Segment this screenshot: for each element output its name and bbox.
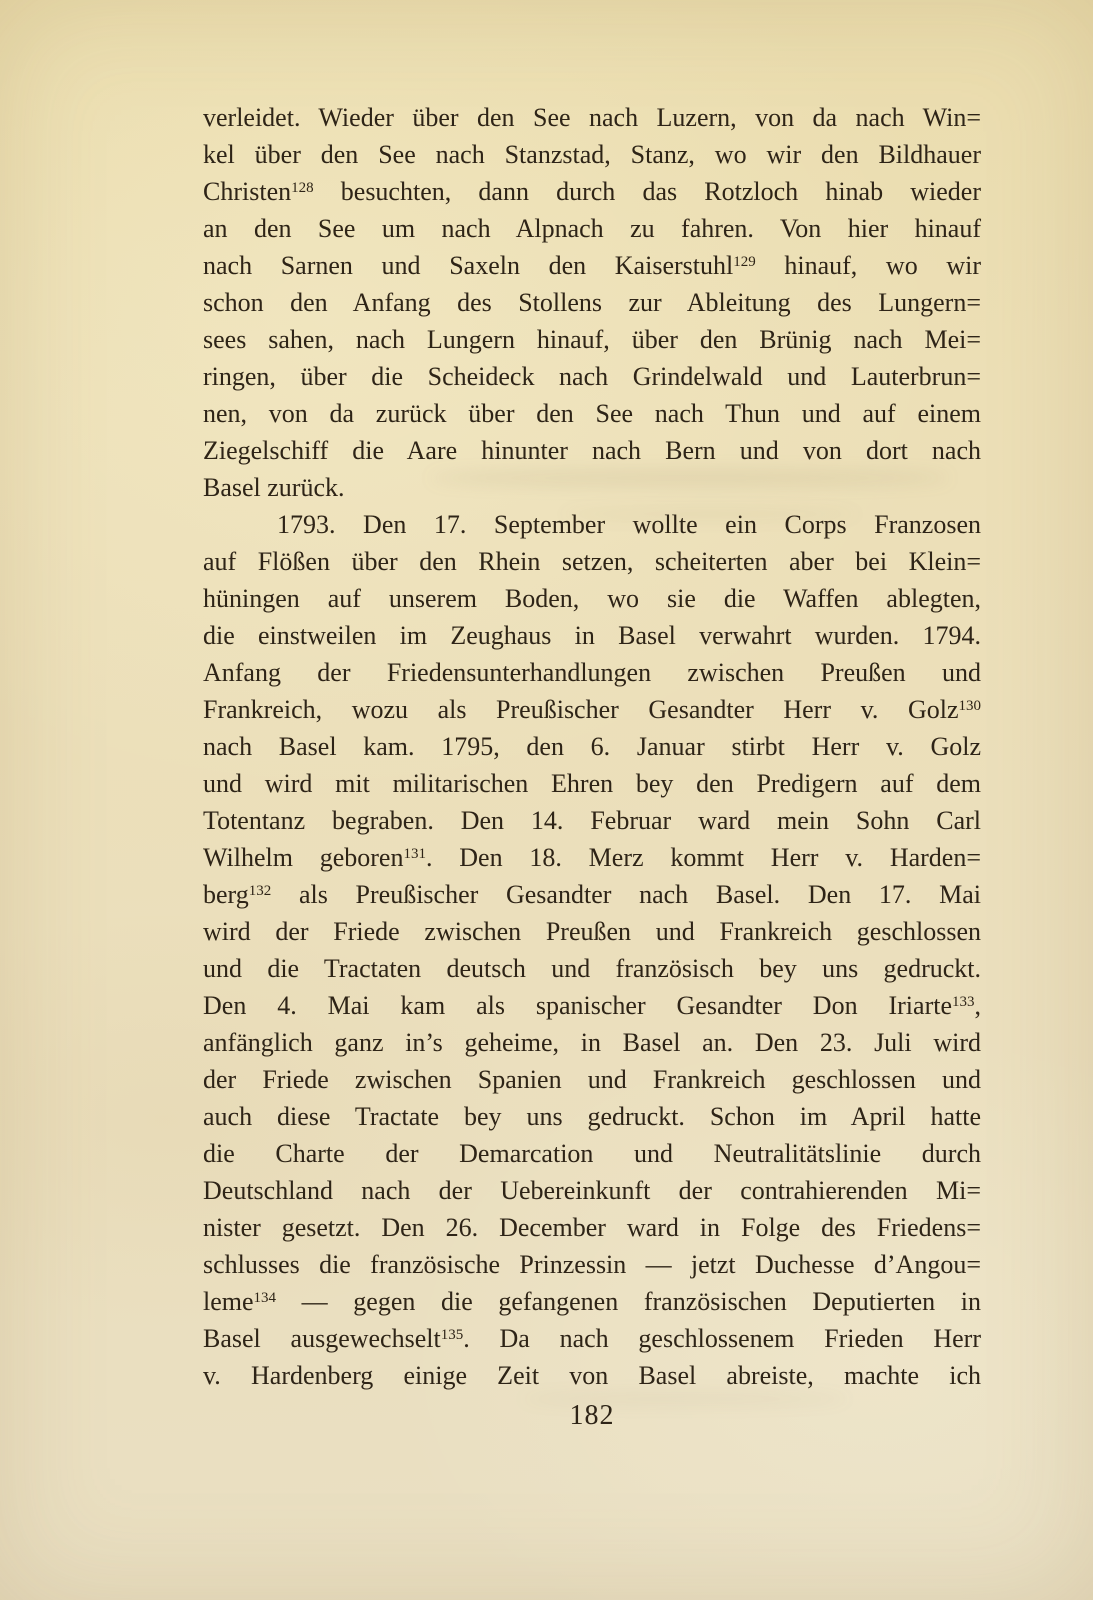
text-line: schlusses die französische Prinzessin — … <box>203 1246 981 1283</box>
text-line: anfänglich ganz in’s geheime, in Basel a… <box>203 1024 981 1061</box>
footnote-marker: 132 <box>249 883 272 899</box>
text-line: Frankreich, wozu als Preußischer Gesandt… <box>203 691 981 728</box>
page-number: 182 <box>203 1400 981 1432</box>
footnote-marker: 130 <box>959 698 982 714</box>
text-line: und die Tractaten deutsch und französisc… <box>203 950 981 987</box>
footnote-marker: 129 <box>733 254 756 270</box>
text-line: sees sahen, nach Lungern hinauf, über de… <box>203 321 981 358</box>
text-line: schon den Anfang des Stollens zur Ableit… <box>203 284 981 321</box>
text-line: Deutschland nach der Uebereinkunft der c… <box>203 1172 981 1209</box>
text-line: kel über den See nach Stanzstad, Stanz, … <box>203 136 981 173</box>
text-line: nen, von da zurück über den See nach Thu… <box>203 395 981 432</box>
footnote-marker: 134 <box>254 1290 277 1306</box>
text-line: Totentanz begraben. Den 14. Februar ward… <box>203 802 981 839</box>
text-line: Ziegelschiff die Aare hinunter nach Bern… <box>203 432 981 469</box>
text-line: nach Sarnen und Saxeln den Kaiserstuhl12… <box>203 247 981 284</box>
text-line: und wird mit militarischen Ehren bey den… <box>203 765 981 802</box>
page-text: verleidet. Wieder über den See nach Luze… <box>203 99 981 1394</box>
text-line: v. Hardenberg einige Zeit von Basel abre… <box>203 1357 981 1394</box>
text-line: nach Basel kam. 1795, den 6. Januar stir… <box>203 728 981 765</box>
text-line: der Friede zwischen Spanien und Frankrei… <box>203 1061 981 1098</box>
text-line: hüningen auf unserem Boden, wo sie die W… <box>203 580 981 617</box>
text-line: Basel ausgewechselt135. Da nach geschlos… <box>203 1320 981 1357</box>
footnote-marker: 135 <box>441 1327 464 1343</box>
text-line: leme134 — gegen die gefangenen französis… <box>203 1283 981 1320</box>
text-line: verleidet. Wieder über den See nach Luze… <box>203 99 981 136</box>
text-line: 1793. Den 17. September wollte ein Corps… <box>203 506 981 543</box>
footnote-marker: 133 <box>952 994 975 1010</box>
text-line: auch diese Tractate bey uns gedruckt. Sc… <box>203 1098 981 1135</box>
text-line: Basel zurück. <box>203 469 981 506</box>
footnote-marker: 131 <box>403 846 426 862</box>
text-line: wird der Friede zwischen Preußen und Fra… <box>203 913 981 950</box>
text-line: berg132 als Preußischer Gesandter nach B… <box>203 876 981 913</box>
text-line: Wilhelm geboren131. Den 18. Merz kommt H… <box>203 839 981 876</box>
text-line: die einstweilen im Zeughaus in Basel ver… <box>203 617 981 654</box>
text-line: Christen128 besuchten, dann durch das Ro… <box>203 173 981 210</box>
text-line: ringen, über die Scheideck nach Grindelw… <box>203 358 981 395</box>
text-line: auf Flößen über den Rhein setzen, scheit… <box>203 543 981 580</box>
text-line: Den 4. Mai kam als spanischer Gesandter … <box>203 987 981 1024</box>
text-line: die Charte der Demarcation und Neutralit… <box>203 1135 981 1172</box>
text-line: Anfang der Friedensunterhandlungen zwisc… <box>203 654 981 691</box>
book-page: verleidet. Wieder über den See nach Luze… <box>0 0 1093 1600</box>
footnote-marker: 128 <box>291 180 314 196</box>
text-line: an den See um nach Alpnach zu fahren. Vo… <box>203 210 981 247</box>
text-line: nister gesetzt. Den 26. December ward in… <box>203 1209 981 1246</box>
